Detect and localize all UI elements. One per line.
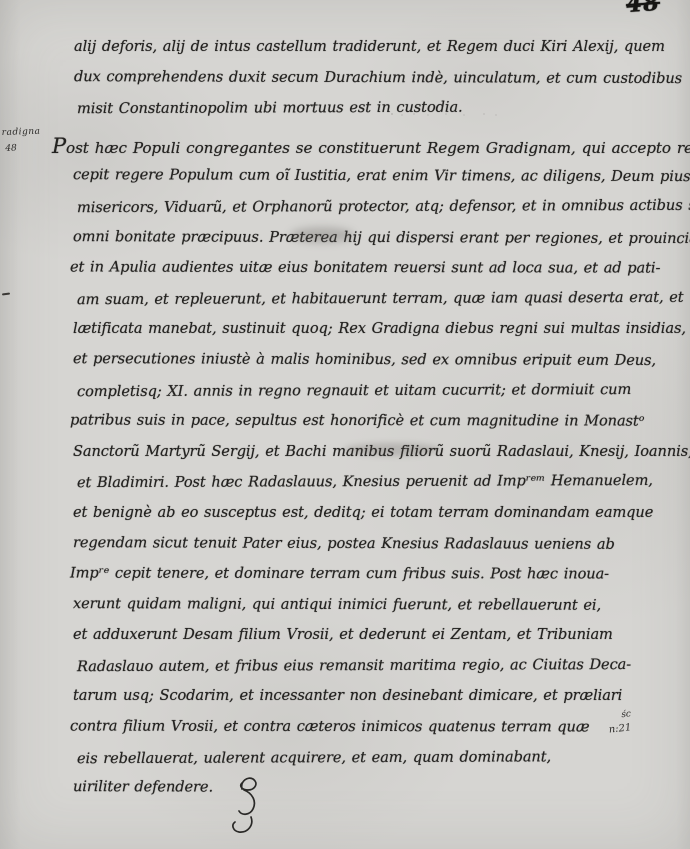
margin-hyphen-mark [2, 292, 10, 295]
manuscript-line: et in Apulia audientes uitæ eius bonitat… [70, 253, 660, 285]
paragraph-2: Post hæc Populi congregantes se constitu… [58, 131, 660, 804]
manuscript-line: contra filium Vrosii, et contra cæteros … [70, 712, 660, 744]
manuscript-line: omni bonitate præcipuus. Præterea hij qu… [73, 222, 660, 254]
ink-stain [344, 443, 440, 456]
paraph-flourish-icon [224, 775, 266, 837]
manuscript-line: Radaslauo autem, et fribus eius remansit… [77, 650, 660, 683]
ink-stain [290, 227, 354, 243]
manuscript-line: xerunt quidam maligni, qui antiqui inimi… [73, 589, 660, 621]
manuscript-line: regendam sicut tenuit Pater eius, postea… [73, 528, 660, 560]
margin-note-left-line1: radigna [2, 125, 58, 139]
margin-note-left: radigna 48 [2, 125, 59, 155]
manuscript-line: et Bladimiri. Post hæc Radaslauus, Knesi… [77, 466, 660, 499]
ink-dot-trail [388, 112, 500, 117]
manuscript-line: dux comprehendens duxit secum Durachium … [74, 62, 660, 94]
margin-note-left-line2: 48 [5, 141, 58, 155]
manuscript-line: lætificata manebat, sustinuit quoq; Rex … [73, 314, 660, 345]
manuscript-line: misit Constantinopolim ubi mortuus est i… [77, 92, 660, 125]
manuscript-line: am suam, et repleuerunt, et habitauerunt… [77, 283, 660, 316]
manuscript-line: et persecutiones iniustè à malis hominib… [73, 344, 660, 376]
manuscript-line: Post hæc Populi congregantes se constitu… [52, 131, 660, 162]
paragraph-1: alij deforis, alij de intus castellum tr… [58, 26, 660, 124]
manuscript-line: et adduxerunt Desam filium Vrosii, et de… [73, 620, 660, 651]
manuscript-line: tarum usq; Scodarim, et incessanter non … [73, 681, 660, 712]
manuscript-line: eis rebellauerat, ualerent acquirere, et… [77, 742, 660, 775]
manuscript-line: cepit regere Populum cum oĩ Iustitia, er… [73, 160, 660, 192]
manuscript-line: completisq; XI. annis in regno regnauit … [77, 374, 660, 407]
manuscript-line: Impʳᵉ cepit tenere, et dominare terram c… [70, 559, 660, 591]
manuscript-line: alij deforis, alij de intus castellum tr… [74, 32, 660, 63]
folio-number: 48 [625, 0, 661, 18]
manuscript-text-block: alij deforis, alij de intus castellum tr… [58, 26, 660, 804]
manuscript-line: patribus suis in pace, sepultus est hono… [70, 406, 660, 438]
manuscript-line: uiriliter defendere. [73, 772, 660, 804]
manuscript-line: misericors, Viduarũ, et Orphanorũ protec… [77, 191, 660, 224]
manuscript-line: et benignè ab eo susceptus est, deditq; … [73, 498, 660, 529]
